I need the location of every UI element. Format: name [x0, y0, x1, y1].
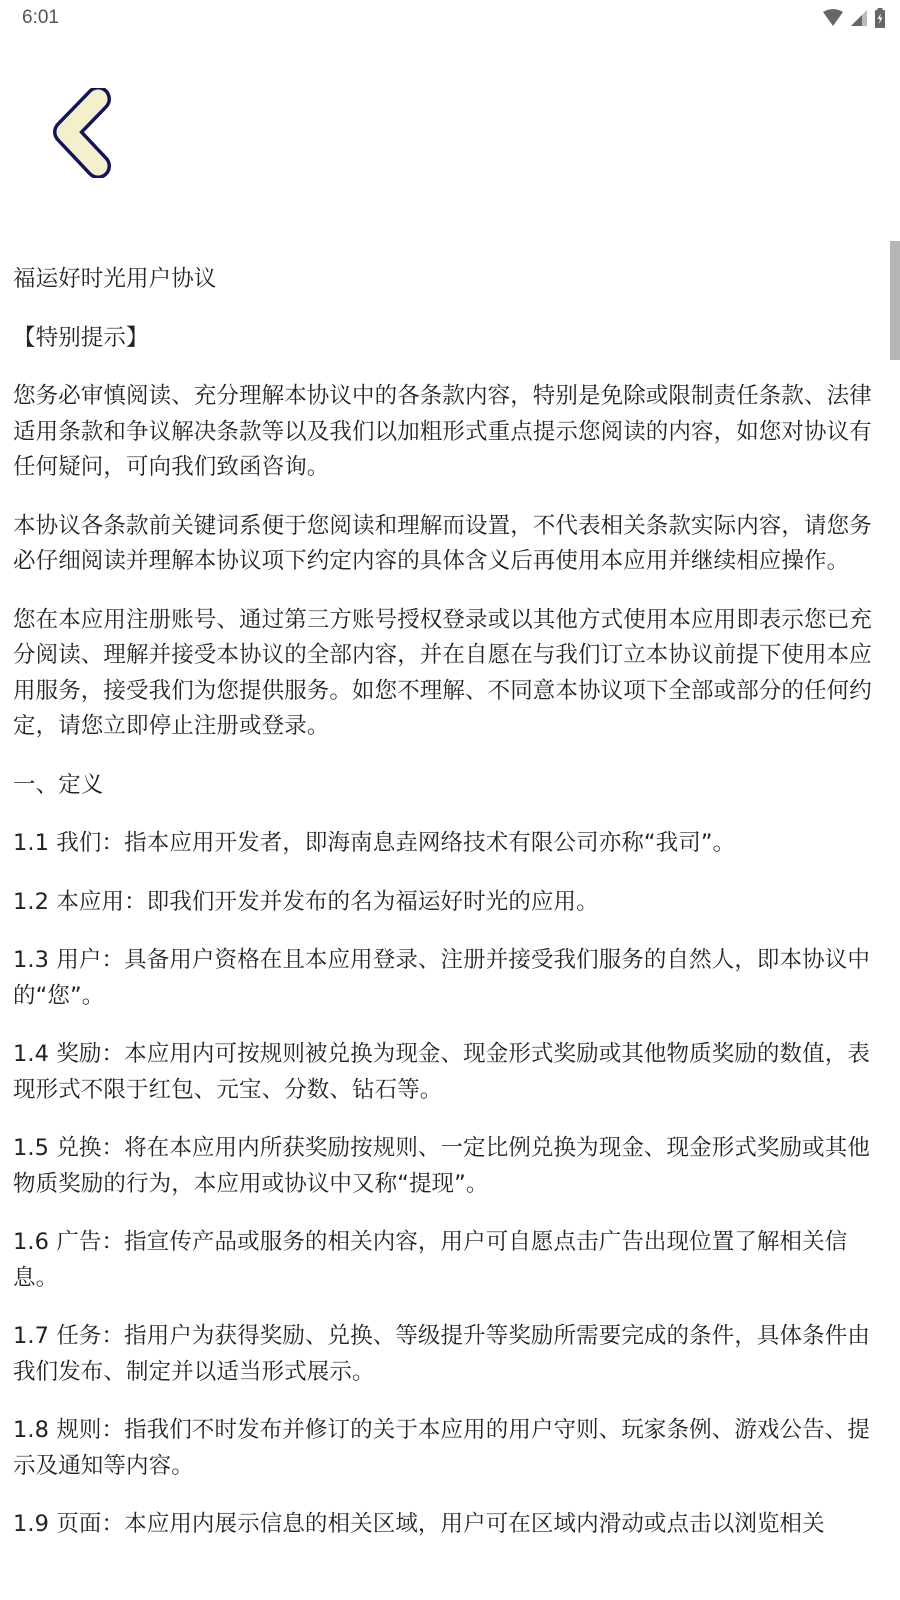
definition-item: 1.1 我们：指本应用开发者，即海南息垚网络技术有限公司亦称“我司”。	[13, 826, 878, 862]
definition-item: 1.5 兑换：将在本应用内所获奖励按规则、一定比例兑换为现金、现金形式奖励或其他…	[13, 1131, 878, 1202]
definition-item: 1.2 本应用：即我们开发并发布的名为福运好时光的应用。	[13, 885, 878, 921]
battery-charging-icon	[874, 8, 886, 28]
paragraph: 您在本应用注册账号、通过第三方账号授权登录或以其他方式使用本应用即表示您已充分阅…	[13, 603, 878, 745]
special-notice-heading: 【特别提示】	[13, 321, 878, 357]
definition-item: 1.3 用户：具备用户资格在且本应用登录、注册并接受我们服务的自然人，即本协议中…	[13, 943, 878, 1014]
definition-item: 1.4 奖励：本应用内可按规则被兑换为现金、现金形式奖励或其他物质奖励的数值，表…	[13, 1037, 878, 1108]
status-time: 6:01	[22, 7, 59, 29]
definition-item: 1.7 任务：指用户为获得奖励、兑换、等级提升等奖励所需要完成的条件，具体条件由…	[13, 1319, 878, 1390]
status-icons	[822, 8, 886, 28]
definition-item: 1.6 广告：指宣传产品或服务的相关内容，用户可自愿点击广告出现位置了解相关信息…	[13, 1225, 878, 1296]
status-bar: 6:01	[0, 0, 900, 36]
chevron-left-icon	[52, 88, 116, 178]
scrollbar[interactable]	[890, 241, 900, 360]
definition-item: 1.9 页面：本应用内展示信息的相关区域，用户可在区域内滑动或点击以浏览相关	[13, 1507, 878, 1543]
agreement-content: 福运好时光用户协议 【特别提示】 您务必审慎阅读、充分理解本协议中的各条款内容，…	[13, 262, 878, 1566]
section-heading-definitions: 一、定义	[13, 768, 878, 804]
paragraph: 本协议各条款前关键词系便于您阅读和理解而设置，不代表相关条款实际内容，请您务必仔…	[13, 509, 878, 580]
wifi-icon	[822, 9, 844, 27]
document-title: 福运好时光用户协议	[13, 262, 878, 298]
back-button[interactable]	[52, 88, 116, 178]
definition-item: 1.8 规则：指我们不时发布并修订的关于本应用的用户守则、玩家条例、游戏公告、提…	[13, 1413, 878, 1484]
signal-icon	[850, 9, 868, 27]
paragraph: 您务必审慎阅读、充分理解本协议中的各条款内容，特别是免除或限制责任条款、法律适用…	[13, 379, 878, 486]
